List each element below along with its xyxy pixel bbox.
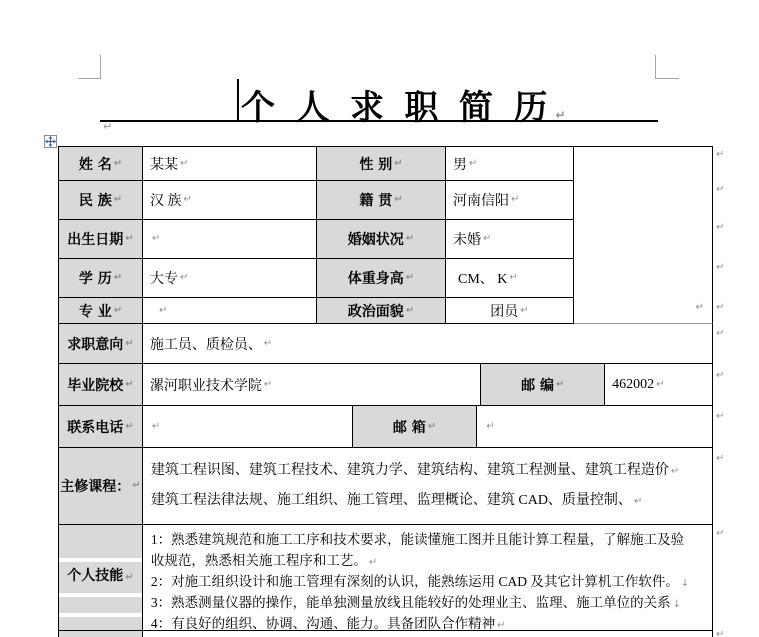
ethnicity-label: 民 族 bbox=[79, 190, 112, 210]
row-end-mark-icon: ↵ bbox=[716, 184, 724, 195]
courses-line-text: 建筑工程识图、建筑工程技术、建筑力学、建筑结构、建筑工程测量、建筑工程造价 bbox=[151, 463, 669, 478]
cell-end-mark-icon: ↵ bbox=[125, 422, 133, 432]
page-title[interactable]: 个 人 求 职 简 历↵ bbox=[241, 80, 572, 129]
table-row: 专 业↵ ↵ 政治面貌↵ 团员↵ bbox=[59, 298, 574, 324]
skill-line: 1：熟悉建筑规范和施工工序和技术要求，能读懂施工图并且能计算工程量，了解施工及验 bbox=[151, 529, 708, 550]
marital-status-value: 未婚 bbox=[453, 229, 481, 249]
political-status-value-cell[interactable]: 团员↵ bbox=[446, 298, 574, 324]
skill-line-text: 1：熟悉建筑规范和施工工序和技术要求，能读懂施工图并且能计算工程量，了解施工及验 bbox=[151, 532, 684, 547]
phone-label: 联系电话 bbox=[67, 417, 123, 437]
courses-line: 建筑工程识图、建筑工程技术、建筑力学、建筑结构、建筑工程测量、建筑工程造价↵ bbox=[151, 456, 708, 486]
empty-paragraph-mark-icon: ↵ bbox=[103, 121, 112, 132]
table-row: 学 历↵ 大专↵ 体重身高↵ CM、 K↵ bbox=[59, 259, 574, 298]
table-upper-left: 姓 名↵ 某某↵ 性 别↵ 男↵ 民 族↵ 汉 族↵ 籍 贯↵ 河南信阳↵ 出生… bbox=[59, 147, 574, 324]
skill-line: 3：熟悉测量仪器的操作，能单独测量放线且能较好的处理业主、监理、施工单位的关系↓ bbox=[151, 592, 708, 613]
skill-line: 收规范，熟悉相关施工程序和工艺。↵ bbox=[151, 550, 708, 571]
table-row: 主修课程：↵ 建筑工程识图、建筑工程技术、建筑力学、建筑结构、建筑工程测量、建筑… bbox=[59, 448, 713, 525]
political-status-label-cell: 政治面貌↵ bbox=[317, 298, 446, 324]
native-place-label-cell: 籍 贯↵ bbox=[317, 181, 446, 220]
label-column-divider bbox=[59, 613, 142, 617]
cell-end-mark-icon: ↵ bbox=[125, 380, 133, 390]
table-row: 联系电话↵ ↵ 邮 箱↵ ↵ bbox=[59, 406, 713, 448]
birthdate-label-cell: 出生日期↵ bbox=[59, 220, 143, 259]
cell-end-mark-icon: ↵ bbox=[152, 234, 160, 244]
skill-line-text: 收规范，熟悉相关施工程序和工艺。 bbox=[151, 553, 367, 568]
major-label: 专 业 bbox=[79, 301, 112, 321]
cell-end-mark-icon: ↵ bbox=[152, 422, 160, 432]
page-title-text: 个 人 求 职 简 历 bbox=[241, 90, 554, 127]
name-value: 某某 bbox=[150, 154, 178, 174]
cell-end-mark-icon: ↵ bbox=[114, 195, 122, 205]
cell-end-mark-icon: ↵ bbox=[483, 234, 491, 244]
birthdate-label: 出生日期 bbox=[67, 229, 123, 249]
row-end-mark-icon: ↵ bbox=[716, 411, 724, 422]
cell-end-mark-icon: ↵ bbox=[394, 195, 402, 205]
native-place-label: 籍 贯 bbox=[359, 190, 392, 210]
education-label-cell: 学 历↵ bbox=[59, 259, 143, 298]
row-end-mark-icon: ↵ bbox=[716, 328, 724, 339]
skill-line-text: 3：熟悉测量仪器的操作，能单独测量放线且能较好的处理业主、监理、施工单位的关系 bbox=[151, 595, 671, 610]
table-row: 求职意向↵ 施工员、质检员、↵ bbox=[59, 324, 713, 364]
cell-end-mark-icon: ↵ bbox=[264, 380, 272, 390]
label-column-divider bbox=[59, 558, 142, 562]
skill-line: 4：有良好的组织、协调、沟通、能力。具备团队合作精神↵ bbox=[151, 613, 708, 631]
row-end-mark-icon: ↵ bbox=[716, 629, 724, 637]
label-column-divider bbox=[59, 593, 142, 597]
education-value-cell[interactable]: 大专↵ bbox=[143, 259, 317, 298]
education-label: 学 历 bbox=[79, 268, 112, 288]
ethnicity-label-cell: 民 族↵ bbox=[59, 181, 143, 220]
cell-end-mark-icon: ↵ bbox=[184, 195, 192, 205]
row-end-mark-icon: ↵ bbox=[716, 262, 724, 273]
resume-table: 姓 名↵ 某某↵ 性 别↵ 男↵ 民 族↵ 汉 族↵ 籍 贯↵ 河南信阳↵ 出生… bbox=[58, 146, 713, 637]
job-intention-label-cell: 求职意向↵ bbox=[59, 324, 143, 364]
school-value: 漯河职业技术学院 bbox=[150, 375, 262, 395]
name-label: 姓 名 bbox=[79, 154, 112, 174]
cell-end-mark-icon: ↵ bbox=[511, 195, 519, 205]
gender-label-cell: 性 别↵ bbox=[317, 147, 446, 181]
native-place-value-cell[interactable]: 河南信阳↵ bbox=[446, 181, 574, 220]
school-label: 毕业院校 bbox=[67, 375, 123, 395]
cell-end-mark-icon: ↵ bbox=[696, 303, 704, 313]
line-end-mark-icon: ↓ bbox=[681, 578, 689, 589]
job-intention-value-cell[interactable]: 施工员、质检员、↵ bbox=[143, 324, 713, 364]
line-end-mark-icon: ↵ bbox=[634, 496, 642, 507]
cell-end-mark-icon: ↵ bbox=[114, 273, 122, 283]
move-arrows-icon bbox=[45, 136, 56, 147]
email-label: 邮 箱 bbox=[393, 417, 426, 437]
cell-end-mark-icon: ↵ bbox=[509, 273, 517, 283]
birthdate-value-cell[interactable]: ↵ bbox=[143, 220, 317, 259]
cell-end-mark-icon: ↵ bbox=[394, 159, 402, 169]
margin-mark-top-left-horizontal bbox=[78, 78, 101, 79]
cell-end-mark-icon: ↵ bbox=[132, 481, 140, 491]
ethnicity-value: 汉 族 bbox=[150, 190, 182, 210]
email-value-cell[interactable]: ↵ bbox=[477, 406, 713, 448]
job-intention-value: 施工员、质检员、 bbox=[150, 334, 262, 354]
table-row: 出生日期↵ ↵ 婚姻状况↵ 未婚↵ bbox=[59, 220, 574, 259]
cell-end-mark-icon: ↵ bbox=[406, 273, 414, 283]
postcode-value: 462002 bbox=[612, 377, 654, 393]
row-end-mark-icon: ↵ bbox=[716, 528, 724, 539]
job-intention-label: 求职意向 bbox=[67, 334, 123, 354]
phone-value-cell[interactable]: ↵ bbox=[143, 406, 353, 448]
cell-end-mark-icon: ↵ bbox=[406, 234, 414, 244]
native-place-value: 河南信阳 bbox=[453, 190, 509, 210]
ethnicity-value-cell[interactable]: 汉 族↵ bbox=[143, 181, 317, 220]
cell-end-mark-icon: ↵ bbox=[486, 422, 494, 432]
courses-line-text: 建筑工程法律法规、施工组织、施工管理、监理概论、建筑 CAD、质量控制、 bbox=[151, 493, 632, 508]
courses-label-cell: 主修课程：↵ bbox=[59, 448, 143, 525]
row-end-mark-icon: ↵ bbox=[716, 149, 724, 160]
table-move-handle[interactable] bbox=[44, 135, 57, 148]
table-row: 个人技能↵ 1：熟悉建筑规范和施工工序和技术要求，能读懂施工图并且能计算工程量，… bbox=[59, 525, 713, 631]
row-end-mark-icon: ↵ bbox=[716, 222, 724, 233]
postcode-value-cell[interactable]: 462002↵ bbox=[605, 364, 713, 406]
row-end-mark-icon: ↵ bbox=[716, 302, 724, 313]
height-weight-value-cell[interactable]: CM、 K↵ bbox=[446, 259, 574, 298]
cell-end-mark-icon: ↵ bbox=[125, 572, 133, 583]
line-end-mark-icon: ↓ bbox=[673, 599, 681, 610]
gender-label: 性 别 bbox=[359, 154, 392, 174]
height-weight-label: 体重身高 bbox=[348, 268, 404, 288]
gender-value-cell[interactable]: 男↵ bbox=[446, 147, 574, 181]
marital-status-label-cell: 婚姻状况↵ bbox=[317, 220, 446, 259]
school-value-cell[interactable]: 漯河职业技术学院↵ bbox=[143, 364, 481, 406]
skill-line-text: 4：有良好的组织、协调、沟通、能力。具备团队合作精神 bbox=[151, 616, 495, 631]
marital-status-label: 婚姻状况 bbox=[348, 229, 404, 249]
row-end-mark-icon: ↵ bbox=[716, 370, 724, 381]
cutoff-content-cell[interactable] bbox=[143, 631, 713, 637]
cell-end-mark-icon: ↵ bbox=[114, 306, 122, 316]
cell-end-mark-icon: ↵ bbox=[520, 306, 528, 316]
email-label-cell: 邮 箱↵ bbox=[353, 406, 478, 448]
skill-line: 2：对施工组织设计和施工管理有深刻的认识，能熟练运用 CAD 及其它计算机工作软… bbox=[151, 571, 708, 592]
text-cursor bbox=[237, 79, 239, 122]
courses-line: 建筑工程法律法规、施工组织、施工管理、监理概论、建筑 CAD、质量控制、↵ bbox=[151, 486, 708, 516]
skills-label: 个人技能↵ bbox=[59, 565, 142, 585]
gender-value: 男 bbox=[453, 154, 467, 174]
table-upper-section: 姓 名↵ 某某↵ 性 别↵ 男↵ 民 族↵ 汉 族↵ 籍 贯↵ 河南信阳↵ 出生… bbox=[59, 147, 713, 324]
skill-line-text: 2：对施工组织设计和施工管理有深刻的认识，能熟练运用 CAD 及其它计算机工作软… bbox=[151, 574, 679, 589]
cell-end-mark-icon: ↵ bbox=[656, 380, 664, 390]
cell-end-mark-icon: ↵ bbox=[428, 422, 436, 432]
name-value-cell[interactable]: 某某↵ bbox=[143, 147, 317, 181]
cell-end-mark-icon: ↵ bbox=[125, 234, 133, 244]
political-status-label: 政治面貌 bbox=[348, 301, 404, 321]
line-end-mark-icon: ↵ bbox=[369, 557, 377, 568]
line-end-mark-icon: ↵ bbox=[497, 620, 505, 631]
cutoff-label-cell bbox=[59, 631, 143, 637]
postcode-label: 邮 编 bbox=[521, 375, 554, 395]
paragraph-mark-icon: ↵ bbox=[556, 108, 572, 122]
political-status-value: 团员 bbox=[490, 301, 518, 321]
courses-label: 主修课程： bbox=[60, 476, 130, 496]
major-value-cell[interactable]: ↵ bbox=[143, 298, 317, 324]
height-weight-label-cell: 体重身高↵ bbox=[317, 259, 446, 298]
marital-status-value-cell[interactable]: 未婚↵ bbox=[446, 220, 574, 259]
skills-content-cell[interactable]: 1：熟悉建筑规范和施工工序和技术要求，能读懂施工图并且能计算工程量，了解施工及验… bbox=[143, 525, 713, 631]
row-end-mark-icon: ↵ bbox=[716, 453, 724, 464]
cell-end-mark-icon: ↵ bbox=[469, 159, 477, 169]
photo-cell[interactable]: ↵ bbox=[574, 147, 713, 324]
cell-end-mark-icon: ↵ bbox=[125, 339, 133, 349]
cell-end-mark-icon: ↵ bbox=[180, 159, 188, 169]
postcode-label-cell: 邮 编↵ bbox=[481, 364, 605, 406]
line-end-mark-icon: ↵ bbox=[671, 466, 679, 477]
name-label-cell: 姓 名↵ bbox=[59, 147, 143, 181]
table-row: 民 族↵ 汉 族↵ 籍 贯↵ 河南信阳↵ bbox=[59, 181, 574, 220]
skills-label-text: 个人技能 bbox=[67, 568, 123, 584]
height-weight-value: CM、 K bbox=[458, 268, 507, 288]
education-value: 大专 bbox=[150, 268, 178, 288]
table-row: 毕业院校↵ 漯河职业技术学院↵ 邮 编↵ 462002↵ bbox=[59, 364, 713, 406]
skills-label-cell: 个人技能↵ bbox=[59, 525, 143, 631]
cell-end-mark-icon: ↵ bbox=[159, 306, 167, 316]
phone-label-cell: 联系电话↵ bbox=[59, 406, 143, 448]
school-label-cell: 毕业院校↵ bbox=[59, 364, 143, 406]
table-row-cutoff bbox=[59, 631, 713, 637]
cell-end-mark-icon: ↵ bbox=[556, 380, 564, 390]
cell-end-mark-icon: ↵ bbox=[114, 159, 122, 169]
cell-end-mark-icon: ↵ bbox=[180, 273, 188, 283]
courses-content-cell[interactable]: 建筑工程识图、建筑工程技术、建筑力学、建筑结构、建筑工程测量、建筑工程造价↵ 建… bbox=[143, 448, 713, 525]
major-label-cell: 专 业↵ bbox=[59, 298, 143, 324]
margin-mark-top-right-horizontal bbox=[655, 78, 679, 79]
cell-end-mark-icon: ↵ bbox=[406, 306, 414, 316]
table-row: 姓 名↵ 某某↵ 性 别↵ 男↵ bbox=[59, 147, 574, 181]
cell-end-mark-icon: ↵ bbox=[264, 339, 272, 349]
